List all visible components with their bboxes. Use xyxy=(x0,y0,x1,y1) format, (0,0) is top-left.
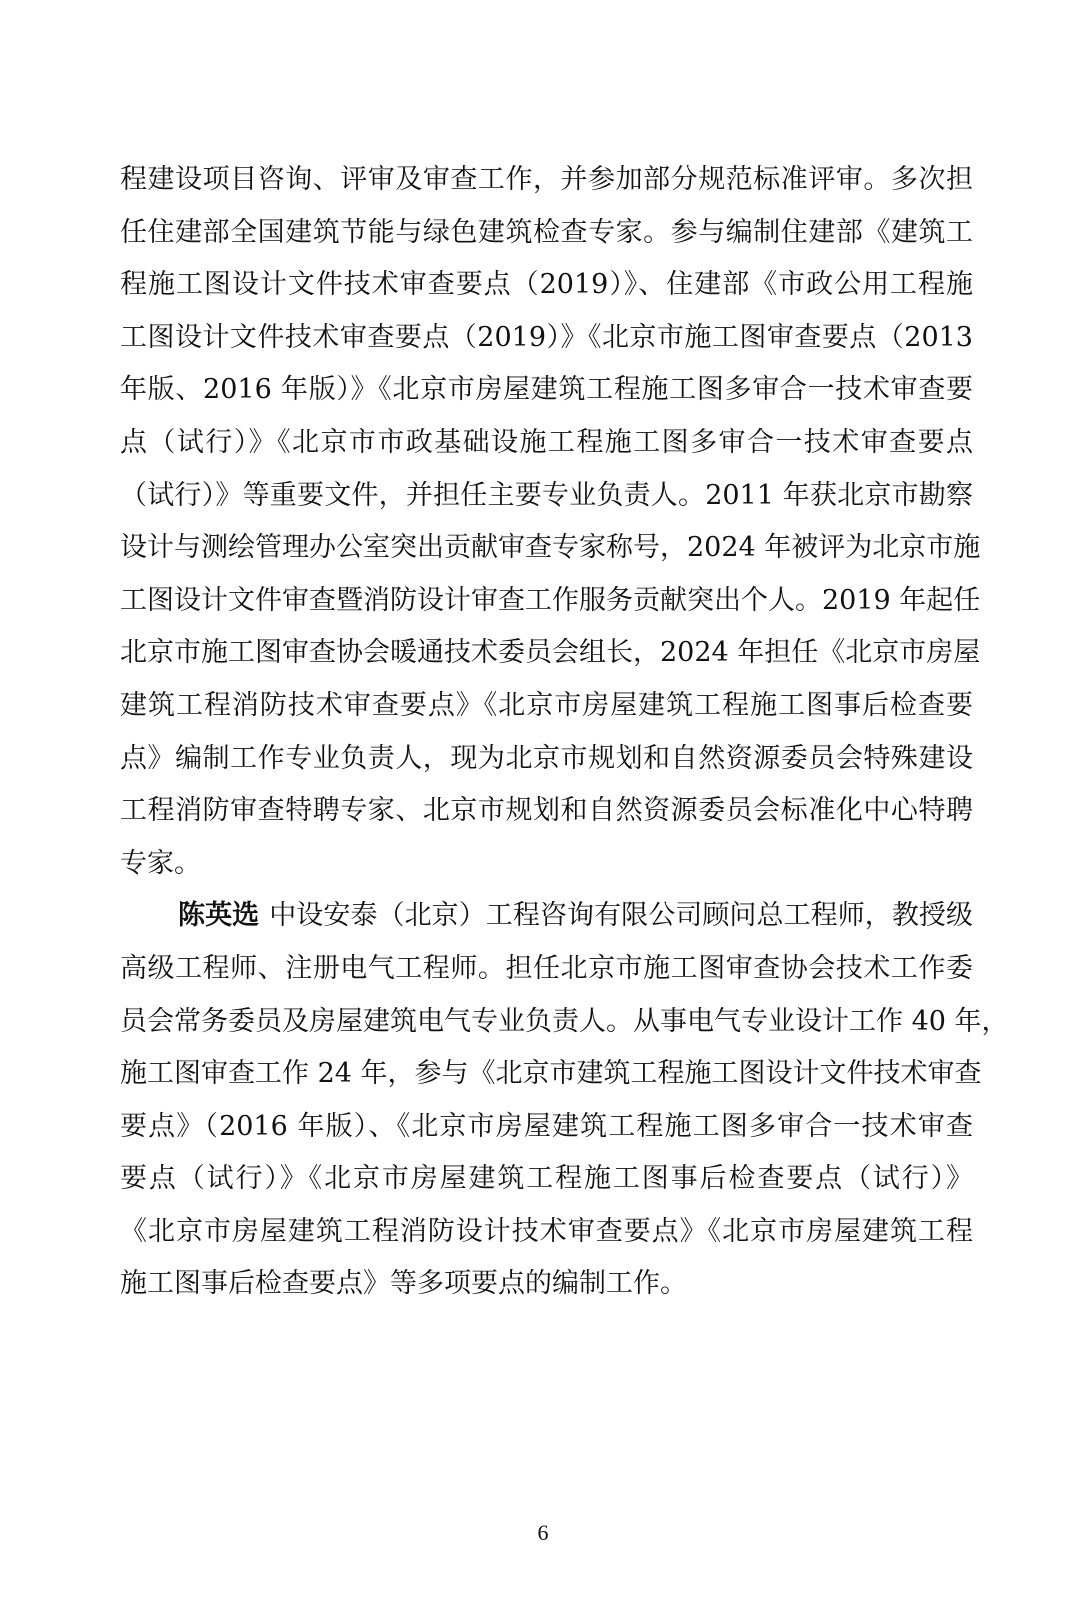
text-line: 点（试行）》《北京市市政基础设施工程施工图多审合一技术审查要点 xyxy=(120,420,973,473)
text-line: 程施工图设计文件技术审查要点（2019）》、住建部《市政公用工程施 xyxy=(120,262,973,315)
text-line: 高级工程师、注册电气工程师。担任北京市施工图审查协会技术工作委 xyxy=(120,946,973,999)
text-line: 年版、2016 年版）》《北京市房屋建筑工程施工图多审合一技术审查要 xyxy=(120,367,973,420)
paragraph-bio-chen-yingxuan: 陈英选中设安泰（北京）工程咨询有限公司顾问总工程师，教授级 高级工程师、注册电气… xyxy=(120,893,973,1314)
text-line: 北京市施工图审查协会暖通技术委员会组长，2024 年担任《北京市房屋 xyxy=(120,630,973,683)
bio-intro: 中设安泰（北京）工程咨询有限公司顾问总工程师，教授级 xyxy=(269,900,973,931)
text-line: 任住建部全国建筑节能与绿色建筑检查专家。参与编制住建部《建筑工 xyxy=(120,210,973,263)
person-name: 陈英选 xyxy=(178,900,259,931)
body-text: 程建设项目咨询、评审及审查工作，并参加部分规范标准评审。多次担 任住建部全国建筑… xyxy=(120,157,973,1314)
text-line-first: 陈英选中设安泰（北京）工程咨询有限公司顾问总工程师，教授级 xyxy=(120,893,973,946)
text-line: 施工图审查工作 24 年，参与《北京市建筑工程施工图设计文件技术审查 xyxy=(120,1051,973,1104)
text-line: 工程消防审查特聘专家、北京市规划和自然资源委员会标准化中心特聘 xyxy=(120,788,973,841)
text-line: 施工图事后检查要点》等多项要点的编制工作。 xyxy=(120,1261,973,1314)
text-line: 设计与测绘管理办公室突出贡献审查专家称号，2024 年被评为北京市施 xyxy=(120,525,973,578)
text-line: （试行）》等重要文件，并担任主要专业负责人。2011 年获北京市勘察 xyxy=(120,473,973,526)
document-page: 程建设项目咨询、评审及审查工作，并参加部分规范标准评审。多次担 任住建部全国建筑… xyxy=(0,0,1086,1622)
text-line: 员会常务委员及房屋建筑电气专业负责人。从事电气专业设计工作 40 年， xyxy=(120,999,973,1052)
paragraph-bio-previous: 程建设项目咨询、评审及审查工作，并参加部分规范标准评审。多次担 任住建部全国建筑… xyxy=(120,157,973,893)
text-line: 工图设计文件技术审查要点（2019）》《北京市施工图审查要点（2013 xyxy=(120,315,973,368)
text-line: 要点（试行）》《北京市房屋建筑工程施工图事后检查要点（试行）》 xyxy=(120,1156,973,1209)
text-line: 程建设项目咨询、评审及审查工作，并参加部分规范标准评审。多次担 xyxy=(120,157,973,210)
text-line: 要点》（2016 年版）、《北京市房屋建筑工程施工图多审合一技术审查 xyxy=(120,1104,973,1157)
text-line: 点》编制工作专业负责人，现为北京市规划和自然资源委员会特殊建设 xyxy=(120,736,973,789)
page-number: 6 xyxy=(0,1520,1086,1546)
text-line: 《北京市房屋建筑工程消防设计技术审查要点》《北京市房屋建筑工程 xyxy=(120,1209,973,1262)
text-line: 工图设计文件审查暨消防设计审查工作服务贡献突出个人。2019 年起任 xyxy=(120,578,973,631)
text-line: 专家。 xyxy=(120,841,973,894)
text-line: 建筑工程消防技术审查要点》《北京市房屋建筑工程施工图事后检查要 xyxy=(120,683,973,736)
